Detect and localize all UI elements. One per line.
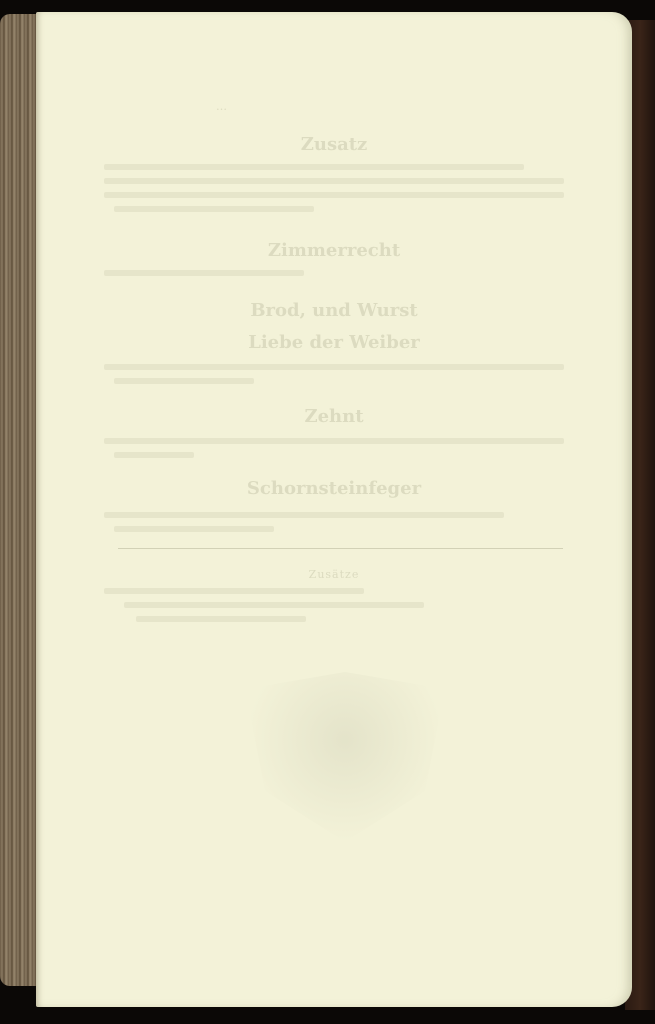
divider-rule (118, 548, 563, 549)
text-line (104, 364, 564, 370)
text-line (104, 512, 504, 518)
footnote-label: Zusätze (36, 568, 632, 581)
section-heading: Liebe der Weiber (36, 332, 632, 353)
section-heading: Zusatz (36, 134, 632, 155)
text-line (104, 270, 304, 276)
text-line (104, 164, 524, 170)
text-line (104, 178, 564, 184)
text-line (114, 526, 274, 532)
footnote-line (124, 602, 424, 608)
section-heading: Zimmerrecht (36, 240, 632, 261)
footnote-line (136, 616, 306, 622)
text-line (114, 452, 194, 458)
book-page: … Zusatz Zimmerrecht Brod, und Wurst Lie… (36, 12, 632, 1007)
running-head: … (216, 100, 228, 113)
text-line (104, 192, 564, 198)
text-line (114, 206, 314, 212)
text-line (114, 378, 254, 384)
text-line (104, 438, 564, 444)
section-heading: Brod, und Wurst (36, 300, 632, 321)
section-heading: Schornsteinfeger (36, 478, 632, 499)
footnote-line (104, 588, 364, 594)
section-heading: Zehnt (36, 406, 632, 427)
crest-emblem (245, 672, 445, 842)
